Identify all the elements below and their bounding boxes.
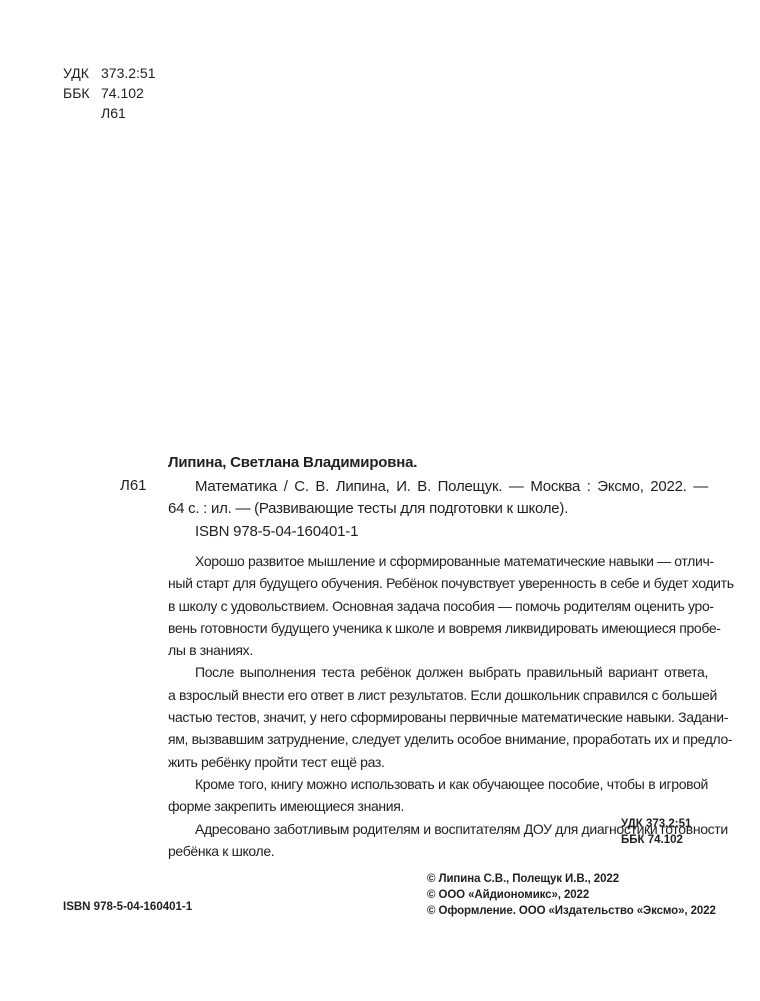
bibliographic-line: Математика / С. В. Липина, И. В. Полещук… <box>168 476 708 498</box>
annotation-line: жить ребёнку пройти тест ещё раз. <box>168 751 708 773</box>
annotation-line: лы в знаниях. <box>168 639 708 661</box>
bibliographic-description: Математика / С. В. Липина, И. В. Полещук… <box>168 476 708 520</box>
catalog-author-mark: Л61 <box>120 476 147 496</box>
bottom-bbk: ББК 74.102 <box>621 832 691 848</box>
annotation-line: а взрослый внести его ответ в лист резул… <box>168 684 708 706</box>
author-mark-row: Л61 <box>63 103 156 123</box>
copyright-line: © Оформление. ООО «Издательство «Эксмо»,… <box>427 903 716 919</box>
bbk-label: ББК <box>63 83 101 103</box>
catalog-isbn: ISBN 978-5-04-160401-1 <box>195 521 358 543</box>
bbk-value: 74.102 <box>101 83 144 103</box>
copyright-block: © Липина С.В., Полещук И.В., 2022 © ООО … <box>427 871 716 919</box>
annotation-line: частью тестов, значит, у него сформирова… <box>168 706 708 728</box>
annotation-paragraph: Хорошо развитое мышление и сформированны… <box>168 550 708 661</box>
annotation-line: в школу с удовольствием. Основная задача… <box>168 595 708 617</box>
top-classification: УДК 373.2:51 ББК 74.102 Л61 <box>63 63 156 123</box>
bottom-classification: УДК 373.2:51 ББК 74.102 <box>621 816 691 848</box>
bbk-row: ББК 74.102 <box>63 83 156 103</box>
udk-row: УДК 373.2:51 <box>63 63 156 83</box>
annotation-line: После выполнения теста ребёнок должен вы… <box>168 661 708 683</box>
copyright-line: © ООО «Айдиономикс», 2022 <box>427 887 716 903</box>
annotation-line: Кроме того, книгу можно использовать и к… <box>168 773 708 795</box>
annotation-line: ям, вызвавшим затруднение, следует удели… <box>168 728 708 750</box>
annotation-paragraph: Кроме того, книгу можно использовать и к… <box>168 773 708 818</box>
bottom-udk: УДК 373.2:51 <box>621 816 691 832</box>
annotation-line: вень готовности будущего ученика к школе… <box>168 617 708 639</box>
annotation-line: Хорошо развитое мышление и сформированны… <box>168 550 708 572</box>
annotation-line: форме закрепить имеющиеся знания. <box>168 795 708 817</box>
udk-value: 373.2:51 <box>101 63 156 83</box>
annotation-paragraph: После выполнения теста ребёнок должен вы… <box>168 661 708 772</box>
copyright-line: © Липина С.В., Полещук И.В., 2022 <box>427 871 716 887</box>
isbn-bottom: ISBN 978-5-04-160401-1 <box>63 899 192 915</box>
catalog-author: Липина, Светлана Владимировна. <box>168 453 417 473</box>
udk-label: УДК <box>63 63 101 83</box>
bibliographic-line: 64 с. : ил. — (Развивающие тесты для под… <box>168 498 708 520</box>
author-mark: Л61 <box>101 103 126 123</box>
annotation-line: ный старт для будущего обучения. Ребёнок… <box>168 572 708 594</box>
